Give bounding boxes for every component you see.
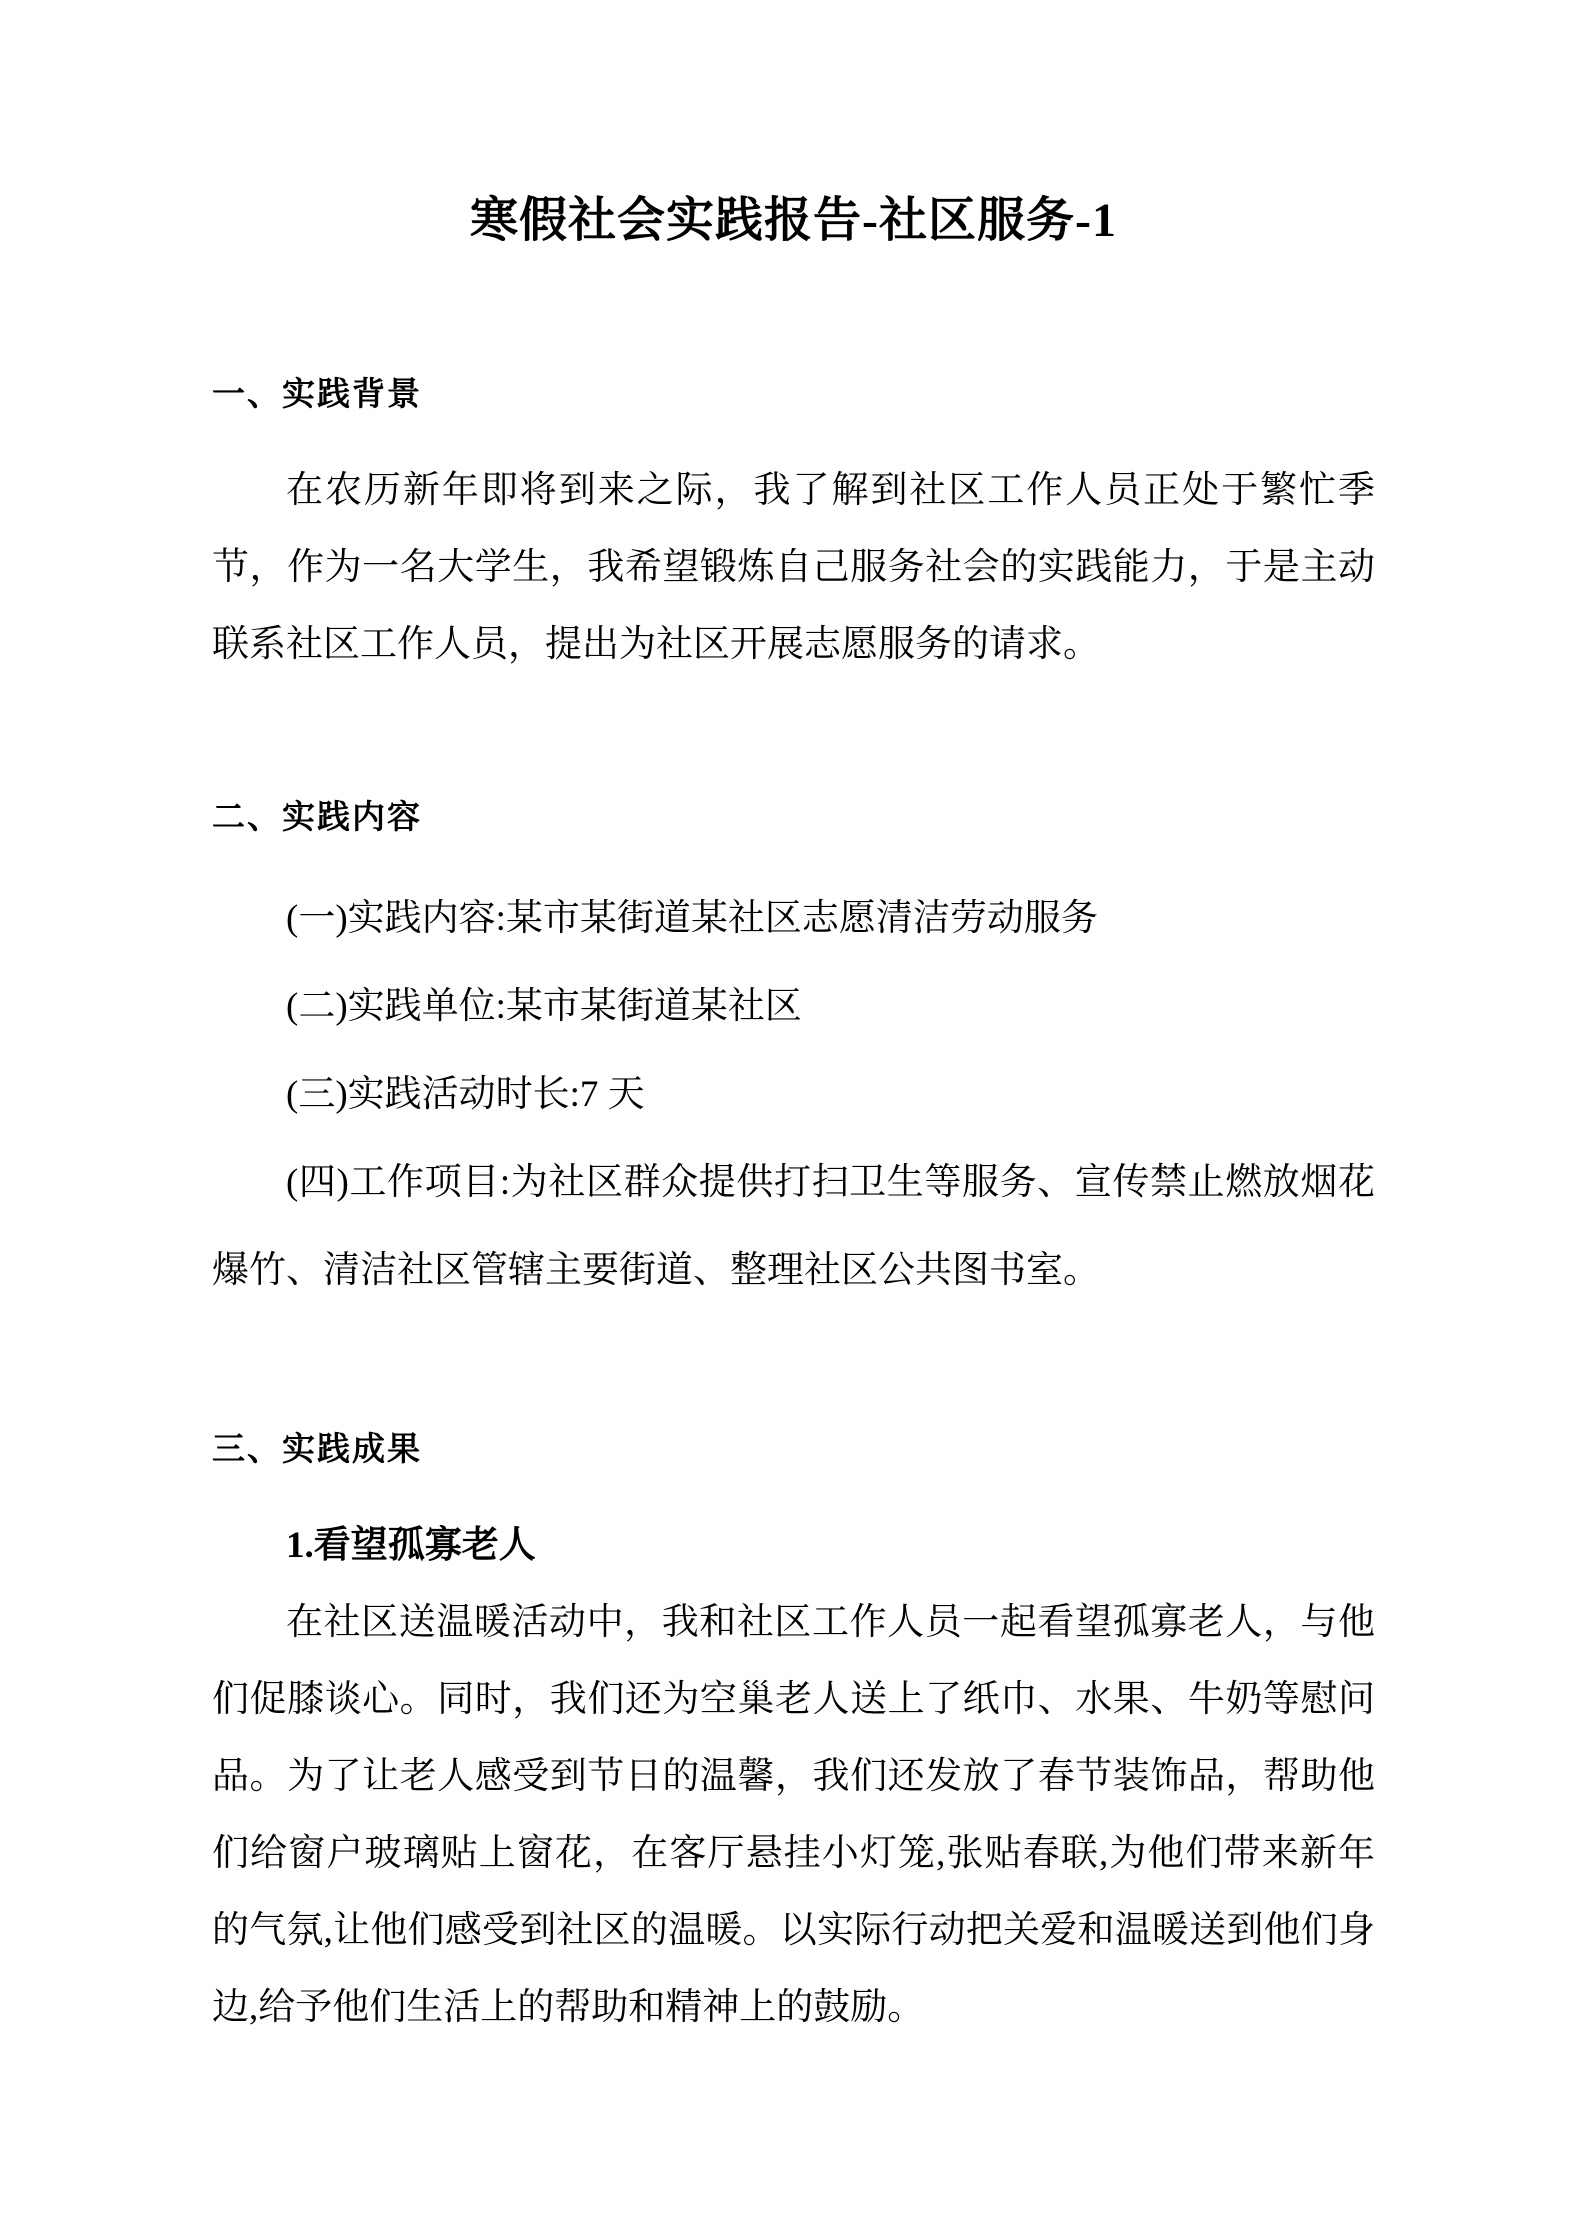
section-heading-practice-results: 三、实践成果 [212,1427,1375,1473]
paragraph-visit-elderly: 在社区送温暖活动中，我和社区工作人员一起看望孤寡老人，与他们促膝谈心。同时，我们… [212,1584,1375,2046]
list-item-practice-content: (一)实践内容:某市某街道某社区志愿清洁劳动服务 [212,875,1375,963]
list-item-practice-duration: (三)实践活动时长:7 天 [212,1051,1375,1139]
document-page: 寒假社会实践报告-社区服务-1 一、实践背景 在农历新年即将到来之际，我了解到社… [0,0,1587,2215]
section-heading-practice-content: 二、实践内容 [212,795,1375,841]
section-practice-results: 三、实践成果 1.看望孤寡老人 在社区送温暖活动中，我和社区工作人员一起看望孤寡… [212,1427,1375,2046]
list-item-practice-unit: (二)实践单位:某市某街道某社区 [212,963,1375,1051]
subheading-visit-elderly: 1.看望孤寡老人 [212,1507,1375,1584]
list-item-work-projects: (四)工作项目:为社区群众提供打扫卫生等服务、宣传禁止燃放烟花爆竹、清洁社区管辖… [212,1139,1375,1315]
section-practice-background: 一、实践背景 在农历新年即将到来之际，我了解到社区工作人员正处于繁忙季节，作为一… [212,372,1375,683]
document-title: 寒假社会实践报告-社区服务-1 [212,188,1375,254]
section-practice-content: 二、实践内容 (一)实践内容:某市某街道某社区志愿清洁劳动服务 (二)实践单位:… [212,795,1375,1315]
paragraph-practice-background: 在农历新年即将到来之际，我了解到社区工作人员正处于繁忙季节，作为一名大学生，我希… [212,452,1375,683]
section-heading-practice-background: 一、实践背景 [212,372,1375,418]
